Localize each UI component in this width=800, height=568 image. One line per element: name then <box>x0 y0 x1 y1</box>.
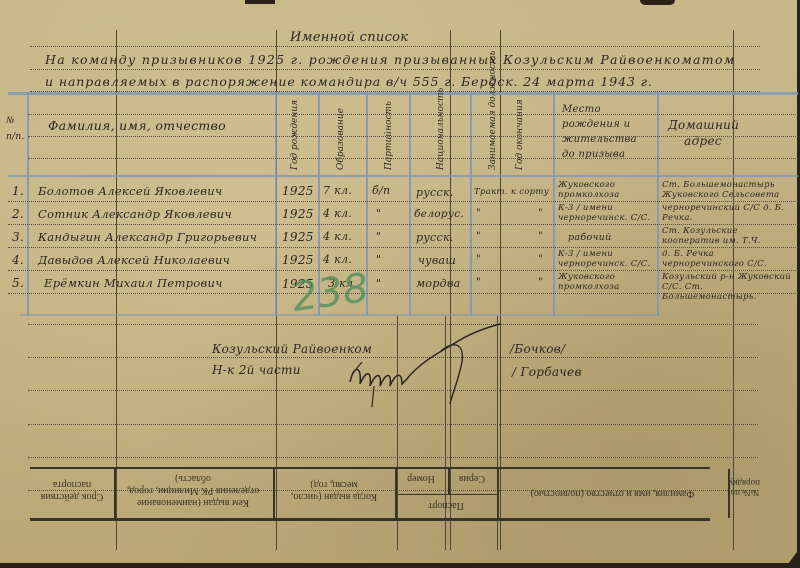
row-2-note: " <box>538 208 543 219</box>
header-year: Год рождения <box>290 100 300 170</box>
row-5-name: Ерёмкин Михаил Петрович <box>44 276 223 290</box>
row-line <box>8 224 798 225</box>
row-1-num: 1. <box>12 184 24 198</box>
row-4-year: 1925 <box>282 253 314 267</box>
table-left-border <box>27 92 29 316</box>
rule-line <box>28 136 798 137</box>
row-1-place: Жуковского промколхоза <box>558 180 652 200</box>
col-border-address <box>657 92 659 316</box>
row-3-nationality: русск. <box>416 231 454 244</box>
printed-col-by-whom: Кем выдан (наименование отделения РК Мил… <box>118 472 268 508</box>
row-1-address: Ст. Большемонастырь Жуковского Сельсовет… <box>662 180 794 200</box>
row-5-note: " <box>538 277 543 288</box>
row-1-name: Болотов Алексей Яковлевич <box>38 184 222 198</box>
row-2-year: 1925 <box>282 207 314 221</box>
row-5-address: Козульский р-н Жуковский С/С. Ст. Больше… <box>662 272 794 302</box>
row-line <box>28 424 758 425</box>
printed-rule-bottom <box>30 518 710 521</box>
row-1-nationality: русск. <box>416 186 454 199</box>
heading-line-2: и направляемых в распоряжение командира … <box>45 74 653 89</box>
row-line <box>8 247 798 248</box>
row-2-name: Сотник Александр Яковлевич <box>38 207 232 221</box>
row-4-party: " <box>376 253 381 266</box>
printed-col-series: Серия <box>450 472 494 484</box>
row-line <box>8 270 798 271</box>
row-2-education: 4 кл. <box>323 207 352 220</box>
row-2-place: К-3 / имени черноречинск. С/С. <box>558 203 652 223</box>
printed-divider <box>114 469 116 518</box>
row-4-address: д. Б. Речка черноречинского С/С. <box>662 249 794 269</box>
table-header-bottom-border <box>8 175 798 177</box>
row-3-occupation: " <box>476 231 481 242</box>
row-3-party: " <box>376 230 381 243</box>
rule-line <box>28 158 798 159</box>
row-1-occupation: Тракт. к сорту <box>474 187 549 197</box>
row-3-place: рабочий <box>568 232 612 243</box>
printed-col-name: Фамилия, имя и отчество (полностью) <box>500 487 725 499</box>
document-title: Именной список <box>290 30 408 45</box>
archival-document-page: Именной список На команду призывников 19… <box>0 0 800 568</box>
header-occupation: Занимаемая должность <box>488 51 498 170</box>
row-3-education: 4 кл. <box>323 230 352 243</box>
row-4-occupation: " <box>476 254 481 265</box>
signature-name-2: / Горбачев <box>512 365 582 379</box>
rule-line <box>30 46 760 47</box>
row-3-name: Кандыгин Александр Григорьевич <box>38 230 257 244</box>
row-5-place: Жуковского промколхоза <box>558 272 652 292</box>
col-border-year <box>275 92 277 316</box>
col-border-nat <box>409 92 411 316</box>
header-note: Год окончания <box>515 99 525 170</box>
printed-rule-passport <box>395 494 497 495</box>
row-2-num: 2. <box>12 207 24 221</box>
column-divider <box>116 30 117 550</box>
row-4-note: " <box>538 254 543 265</box>
row-1-education: 7 кл. <box>323 184 352 197</box>
row-1-party: б/п <box>372 184 390 197</box>
printed-divider <box>273 469 275 518</box>
rule-line <box>28 114 798 115</box>
printed-rule-top <box>30 467 710 469</box>
signature-label-2: Н-к 2й части <box>212 363 301 377</box>
row-5-party: " <box>376 277 381 290</box>
row-5-num: 5. <box>12 276 24 290</box>
printed-col-when: Когда выдан (число, месяц, год) <box>278 478 390 502</box>
header-address: Домашний адрес <box>668 117 738 149</box>
row-2-address: черноречинский С/С д. Б. Речка. <box>662 203 794 223</box>
header-name: Фамилия, имя, отчество <box>48 118 226 133</box>
row-4-nationality: чуваш <box>418 254 456 267</box>
row-2-nationality: белорус. <box>414 208 464 220</box>
column-divider <box>500 30 501 550</box>
printed-col-valid: Срок действия паспорта <box>34 478 110 502</box>
torn-edge-top <box>245 0 275 4</box>
row-2-occupation: " <box>476 208 481 219</box>
header-num: № п/п. <box>6 113 26 145</box>
row-3-address: Ст. Козульские кооператив им. Т.Ч. <box>662 226 794 246</box>
heading-line-1: На команду призывников 1925 г. рождения … <box>45 52 735 67</box>
col-border-occ <box>470 92 472 316</box>
row-5-occupation: " <box>476 277 481 288</box>
printed-divider <box>497 469 499 518</box>
row-5-nationality: мордва <box>416 277 461 290</box>
row-3-note: " <box>538 231 543 242</box>
handwritten-signature <box>340 322 520 412</box>
header-place-of-birth: Место рождения и жительства до призыва <box>562 102 650 162</box>
rule-line <box>30 69 760 70</box>
row-3-year: 1925 <box>282 230 314 244</box>
row-4-place: К-3 / имени черноречинск. С/С. <box>558 249 652 269</box>
printed-col-number: Номер <box>398 472 444 484</box>
printed-col-passport: Паспорт <box>398 499 494 511</box>
printed-col-num: №№ по порядку <box>730 478 760 498</box>
row-line <box>8 201 798 202</box>
torn-edge-top-right <box>640 0 675 5</box>
row-4-education: 4 кл. <box>323 253 352 266</box>
row-3-num: 3. <box>12 230 24 244</box>
col-border-place <box>553 92 555 316</box>
row-1-year: 1925 <box>282 184 314 198</box>
row-4-num: 4. <box>12 253 24 267</box>
row-line <box>28 457 758 458</box>
table-top-border <box>8 92 798 95</box>
row-4-name: Давыдов Алексей Николаевич <box>38 253 230 267</box>
header-education: Образование <box>336 108 346 170</box>
torn-edge-bottom <box>0 563 800 568</box>
green-pencil-mark: 238 <box>289 265 371 321</box>
row-2-party: " <box>376 207 381 220</box>
